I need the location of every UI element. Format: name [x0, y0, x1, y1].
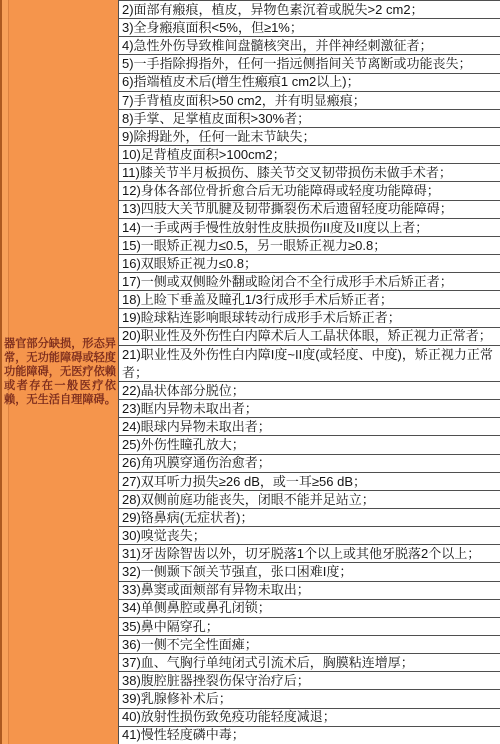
criteria-row: 18)上睑下垂盖及瞳孔1/3行成形手术后矫正者；	[119, 291, 500, 309]
criteria-row: 7)手背植皮面积>50 cm2，并有明显瘢痕；	[119, 92, 500, 110]
criteria-row: 26)角巩膜穿通伤治愈者；	[119, 455, 500, 473]
criteria-row: 3)全身瘢痕面积<5%，但≥1%；	[119, 19, 500, 37]
criteria-row: 5)一手指除拇指外，任何一指远侧指间关节离断或功能丧失；	[119, 55, 500, 73]
criteria-row: 6)指端植皮术后(增生性瘢痕1 cm2以上)；	[119, 74, 500, 92]
criteria-row: 31)牙齿除智齿以外，切牙脱落1个以上或其他牙脱落2个以上；	[119, 545, 500, 563]
criteria-table: 器官部分缺损，形态异常，无功能障碍或轻度功能障碍，无医疗依赖或者存在一般医疗依赖…	[0, 0, 500, 744]
criteria-row: 33)鼻窦或面颊部有异物未取出；	[119, 582, 500, 600]
category-cell: 器官部分缺损，形态异常，无功能障碍或轻度功能障碍，无医疗依赖或者存在一般医疗依赖…	[0, 0, 119, 744]
criteria-row: 35)鼻中隔穿孔；	[119, 618, 500, 636]
criteria-row: 22)晶状体部分脱位；	[119, 382, 500, 400]
criteria-row: 15)一眼矫正视力≤0.5，另一眼矫正视力≥0.8；	[119, 237, 500, 255]
criteria-row: 29)铬鼻病(无症状者)；	[119, 509, 500, 527]
criteria-row: 21)职业性及外伤性白内障I度~II度(或轻度、中度)，矫正视力正常者；	[119, 346, 500, 382]
criteria-row: 37)血、气胸行单纯闭式引流术后，胸膜粘连增厚；	[119, 654, 500, 672]
criteria-row: 4)急性外伤导致椎间盘髓核突出，并伴神经刺激征者；	[119, 37, 500, 55]
criteria-row: 32)一侧颞下颌关节强直，张口困难I度；	[119, 563, 500, 581]
criteria-row: 25)外伤性瞳孔放大；	[119, 436, 500, 454]
criteria-row: 20)职业性及外伤性白内障术后人工晶状体眼，矫正视力正常者；	[119, 328, 500, 346]
criteria-row: 11)膝关节半月板损伤、膝关节交叉韧带损伤未做手术者；	[119, 164, 500, 182]
criteria-row: 23)眶内异物未取出者；	[119, 400, 500, 418]
criteria-row: 14)一手或两手慢性放射性皮肤损伤II度及II度以上者；	[119, 219, 500, 237]
criteria-row: 9)除拇趾外，任何一趾末节缺失；	[119, 128, 500, 146]
criteria-row: 10)足背植皮面积>100cm2；	[119, 146, 500, 164]
criteria-row: 39)乳腺修补术后；	[119, 690, 500, 708]
criteria-row: 34)单侧鼻腔或鼻孔闭锁；	[119, 600, 500, 618]
criteria-row: 16)双眼矫正视力≤0.8；	[119, 255, 500, 273]
criteria-row: 28)双侧前庭功能丧失，闭眼不能并足站立；	[119, 491, 500, 509]
criteria-row: 40)放射性损伤致免疫功能轻度减退；	[119, 709, 500, 727]
criteria-row: 27)双耳听力损失≥26 dB，或一耳≥56 dB；	[119, 473, 500, 491]
criteria-row: 13)四肢大关节肌腱及韧带撕裂伤术后遗留轻度功能障碍；	[119, 201, 500, 219]
criteria-row: 17)一侧或双侧睑外翻或睑闭合不全行成形手术后矫正者；	[119, 273, 500, 291]
criteria-row: 38)腹腔脏器挫裂伤保守治疗后；	[119, 672, 500, 690]
criteria-row: 24)眼球内异物未取出者；	[119, 418, 500, 436]
criteria-row: 8)手掌、足掌植皮面积>30%者；	[119, 110, 500, 128]
criteria-row: 36)一侧不完全性面瘫；	[119, 636, 500, 654]
category-label: 器官部分缺损，形态异常，无功能障碍或轻度功能障碍，无医疗依赖或者存在一般医疗依赖…	[0, 337, 118, 407]
criteria-row: 41)慢性轻度磷中毒；	[119, 727, 500, 744]
criteria-row: 30)嗅觉丧失；	[119, 527, 500, 545]
criteria-row: 12)身体各部位骨折愈合后无功能障碍或轻度功能障碍；	[119, 182, 500, 200]
criteria-row: 19)睑球粘连影响眼球转动行成形手术后矫正者；	[119, 309, 500, 327]
criteria-row: 2)面部有瘢痕，植皮，异物色素沉着或脱失>2 cm2；	[119, 1, 500, 19]
criteria-list: 2)面部有瘢痕，植皮，异物色素沉着或脱失>2 cm2；3)全身瘢痕面积<5%，但…	[119, 0, 500, 744]
